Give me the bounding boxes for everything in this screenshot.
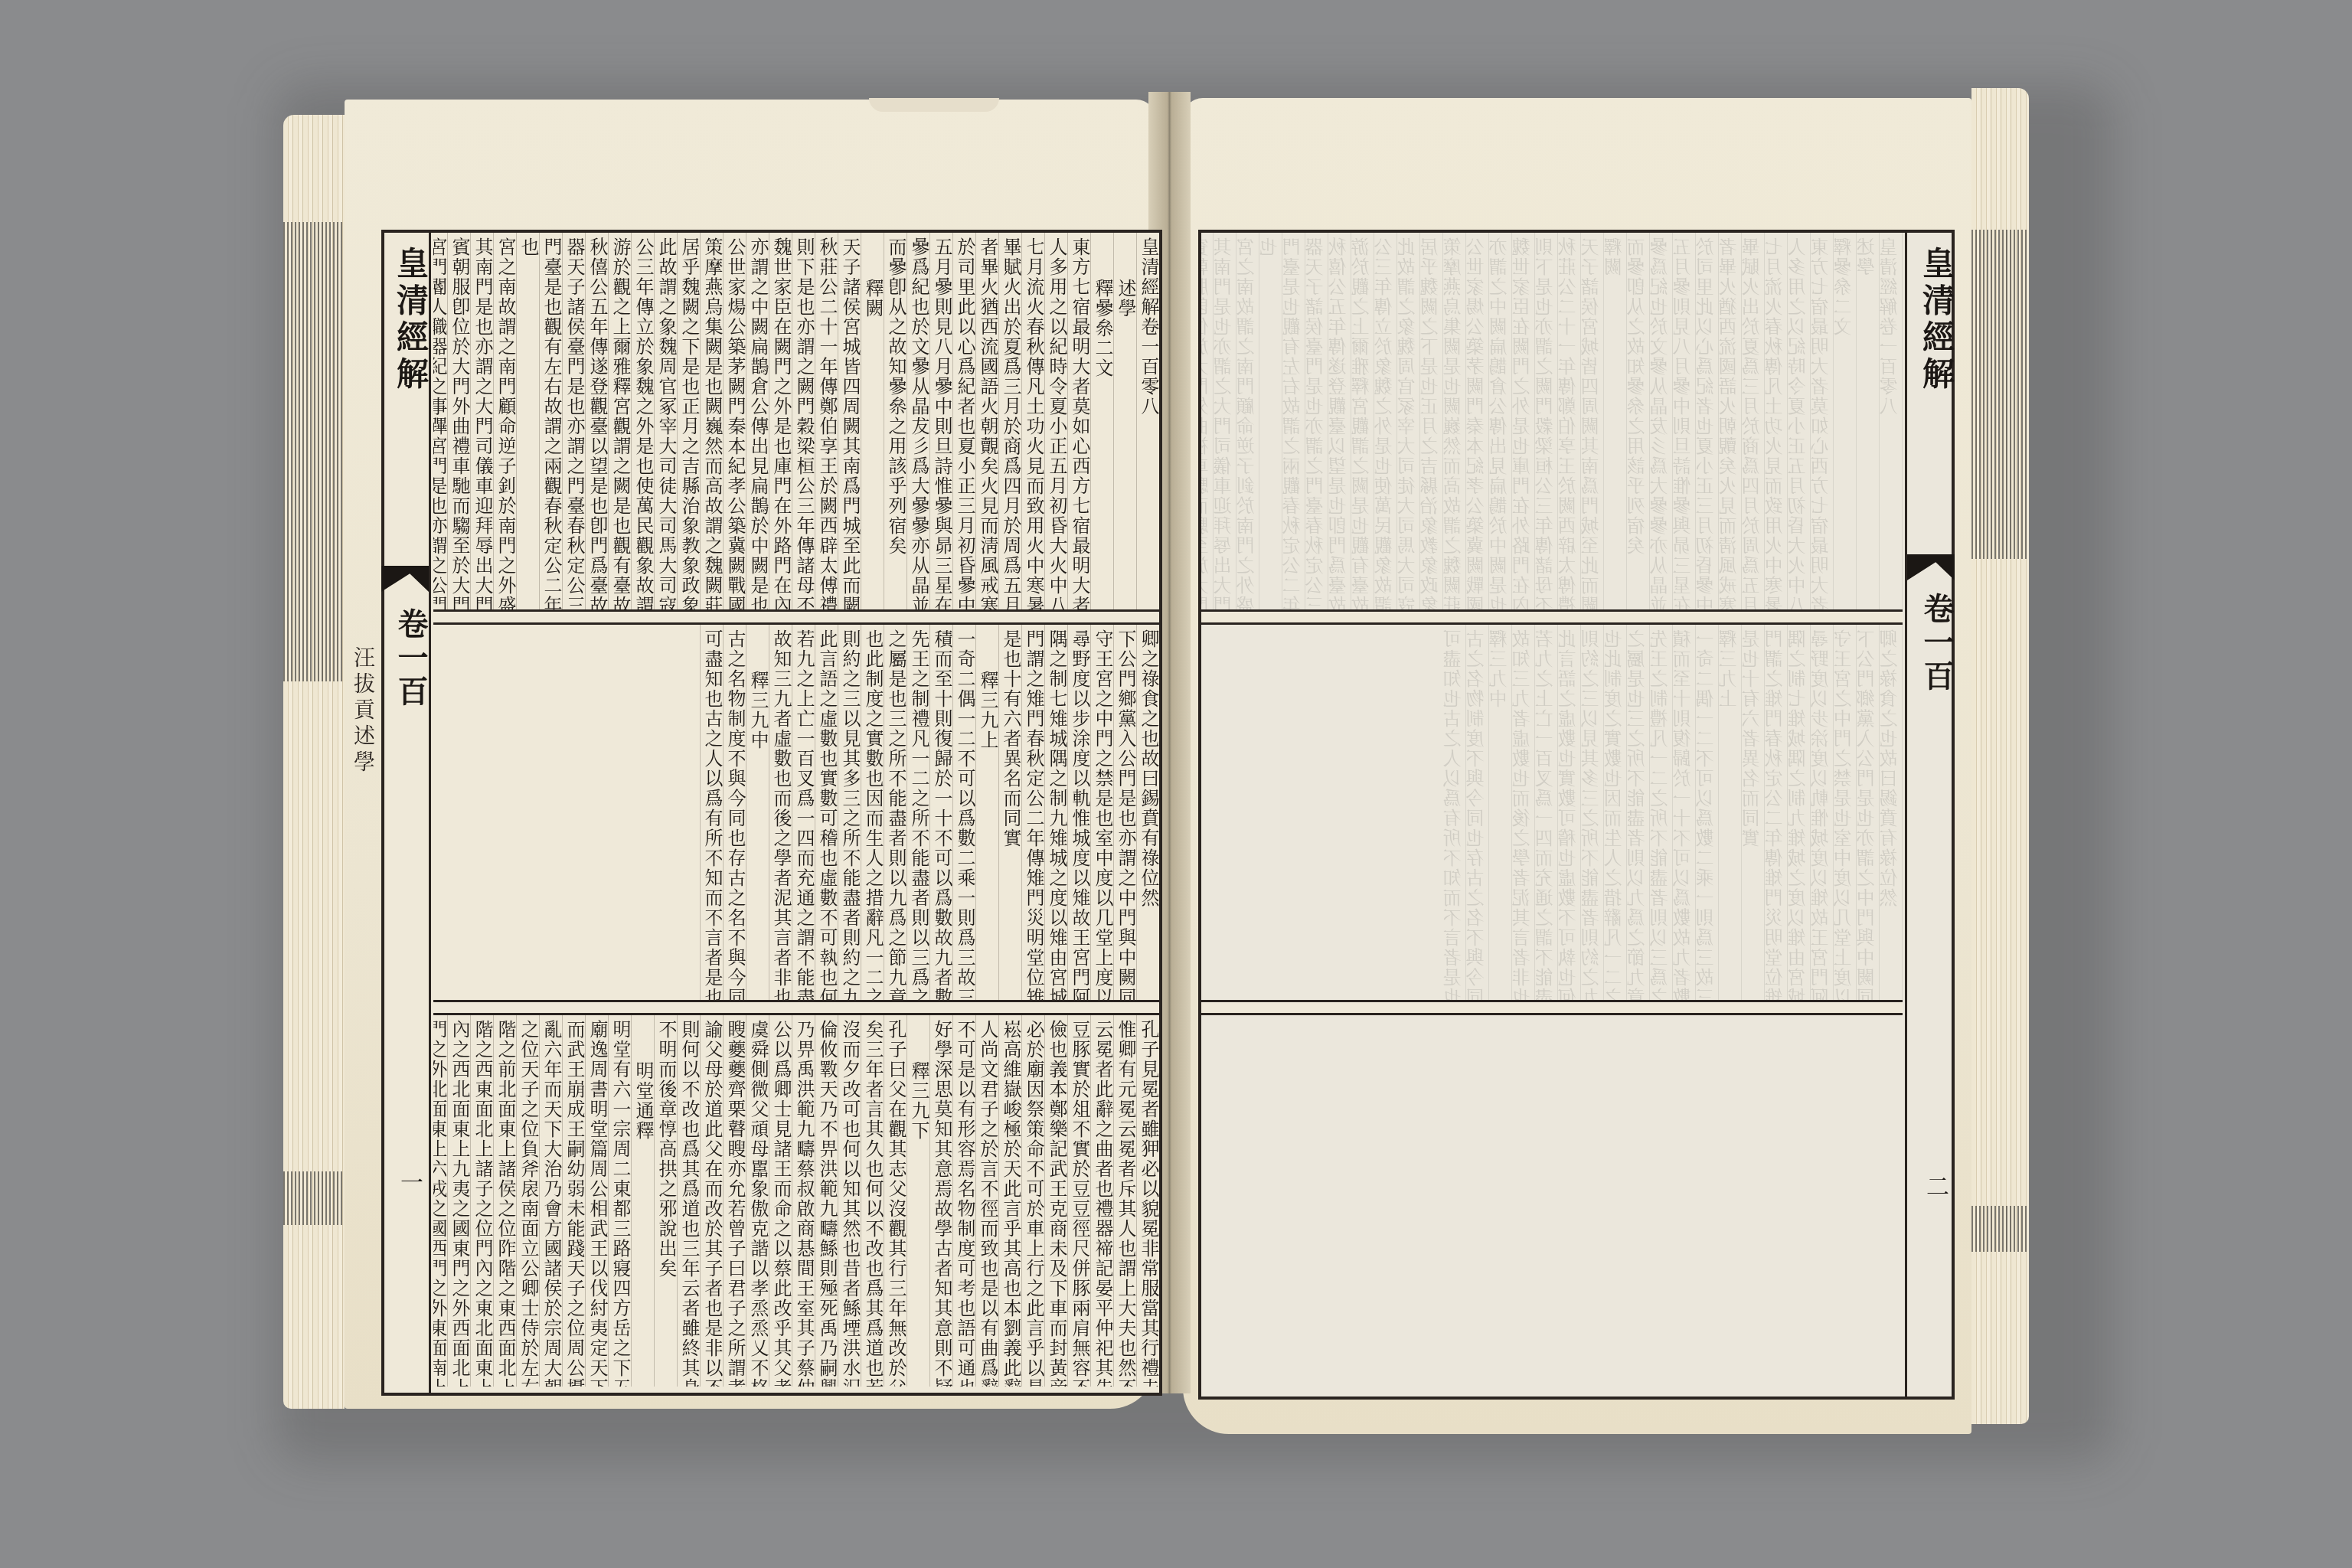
text-column: 一奇二偶一二不可以爲數二乘一則爲三故三者數之成也 [952,625,975,1000]
text-column: 門謂之雉門春秋定公二年傳雉門災明堂位雉門天子應門 [1021,625,1044,1000]
bleed-through-column: 門謂之雉門春秋定公二年傳雉門災明堂位雉門天子應門 [1765,625,1788,1000]
bleed-through-column: 畢賦火出於夏爲三月於商爲四月於周爲五月火伏而後蟄 [1742,233,1765,609]
bleed-through-column: 尋野度以步涂度以軌惟城度以雉故王宮門阿之制五雉宮 [1811,625,1834,1000]
bleed-through-column: 先王之制禮凡一二之所不能盡者則以三爲之節三加三推 [1650,625,1673,1000]
text-column: 故知三九者虛數也而後之學者泥其言者非也 [769,625,792,1000]
text-column: 秋莊公二十一年傳鄭伯享王於闕西辟太傅禮保傅篇過闕 [815,233,838,609]
middle-register: 卿之祿食之也故曰錫賁有祿位然下公門鄉黨入公門是也亦謂之中門與中闕同義閽人職掌守王… [433,625,1159,1000]
edge-folio-ink [283,1171,345,1225]
bleed-through-column: 賓朝服卽位於大門外曲禮車馳而騶至於大門是也亦謂之 [1201,233,1214,609]
bleed-through-column: 而曑卽从之故知曑㕘之用該乎列宿矣 [1627,233,1650,609]
bleed-through-column: 游於觀之上爾雅釋宮觀謂之闕是也觀有臺故謂之觀臺春 [1351,233,1374,609]
text-column: 可盡知也古之人以爲有所不知而不言者是也 [700,625,723,1000]
bleed-through-column: 皇清經解卷一百零八 [1880,233,1903,609]
text-column: 儉也義本鄭樂記武王克商未及下車而封黃帝堯舜之後大 [1044,1015,1067,1387]
middle-register-blank: 卿之祿食之也故曰錫賁有祿位然下公門鄉黨入公門是也亦謂之中門與中闕同義閽人職掌守王… [1201,625,1903,1000]
bleed-through-column: 此言語之虛數也實數可稽也虛數不可執也何以知其然也 [1558,625,1581,1000]
text-column: 公世家煬公築茅闕門秦本紀孝公築冀闕戰國 [723,233,746,609]
text-column: 必於廟因祭策命不可於車上行之此言乎以是爲先務也詩 [1021,1015,1044,1387]
bleed-through-column: 七月流火春秋傳凡土功火見而致用火中寒暑乃退火出而 [1765,233,1788,609]
text-column: 倫攸斁天乃不畀洪範九疇鯀則殛死禹乃嗣興彝倫攸敘天 [815,1015,838,1387]
text-column: 不可是以有形容焉名物制度可考也語可通也至於二一者非 [952,1015,975,1387]
text-column: 東方七宿最明大者莫如心西方七宿最明大者莫如曑故古 [1067,233,1090,609]
text-column: 畢賦火出於夏爲三月於商爲四月於周爲五月火伏而後蟄 [998,233,1021,609]
bleed-through-column: 器天子諸侯臺門是也亦謂之門臺春秋定公三年傳邾子在 [1305,233,1328,609]
text-column: 門之外北面東上六戎之國西門之外東面南上五狄之國北 [433,1015,447,1387]
bleed-through-columns: 卿之祿食之也故曰錫賁有祿位然下公門鄉黨入公門是也亦謂之中門與中闕同義閽人職掌守王… [1201,625,1903,1000]
text-column: 是也十有六者異名而同實 [998,625,1021,1000]
text-column: 矣三年者言其久也何以不改也爲其爲道也若其非道雖朝 [861,1015,884,1387]
left-page-edges [283,115,345,1409]
text-column: 亦謂之中闕扁鵲倉公傳出見扁鵲於中闕是也其異名曾周 [746,233,769,609]
bleed-through-column: 守王宮之中門之禁是也室中度以几堂上度以筵宮中度以 [1834,625,1857,1000]
middle-register-columns: 卿之祿食之也故曰錫賁有祿位然下公門鄉黨入公門是也亦謂之中門與中闕同義閽人職掌守王… [433,625,1159,1000]
text-column: 賓朝服卽位於大門外曲禮車馳而騶至於大門是也亦謂之 [447,233,470,609]
register-divider [433,609,1159,625]
text-column: 隅之制七雉城隅之制九雉城之度以雉由宮城始故宮城之 [1044,625,1067,1000]
text-column: 五月曑則見八月曑中則旦詩惟曑與昴三星在天毛傳此以 [929,233,952,609]
text-column: 惟卿有元冕云冕者斥其人也謂上大夫也然不云上大夫而 [1113,1015,1136,1387]
bleed-through-column: 策摩燕烏集闕是也闕巍然而高故謂之魏闕莊子天下篇心 [1443,233,1466,609]
bleed-through-column: 之屬是也三之所不能盡者則以九爲之節九章九命之屬是 [1627,625,1650,1000]
bleed-through-column: 隅之制七雉城隅之制九雉城之度以雉由宮城始故宮城之 [1788,625,1811,1000]
text-column: 好學深思莫知其意焉故學古者知其意則不疑其語言矣 [929,1015,952,1387]
text-column: 之屬是也三之所不能盡者則以九爲之節九章九命之屬是 [884,625,906,1000]
left-banxin: 皇清經解 卷一百 一 [381,233,431,1393]
text-column: 人尚文君子之於言不徑而致也是以有曲爲辭不過其意則 [975,1015,998,1387]
register-divider [1201,1000,1903,1015]
text-column: 階之西東面北上諸子之位門內之東北面東上諸男之國門 [470,1015,493,1387]
upper-register: 皇清經解卷一百零八述學釋曑㕘二文東方七宿最明大者莫如心西方七宿最明大者莫如曑故古… [433,233,1159,609]
text-column: 云冕者此辭之曲者也禮器禘記晏平仲祀其先人豚肩不揜 [1090,1015,1113,1387]
text-column: 於司里此以心爲紀者也夏小正三月初昏曑中三月曑則伏 [952,233,975,609]
text-column: 則何以不改也爲其爲道也三年云者雖終其身可也自斯義 [677,1015,700,1387]
bleed-through-column: 若九之上亡一百叉爲一四而充通之謂不能盡九叉九也 [1535,625,1558,1000]
text-column: 也 [516,233,539,609]
bleed-through-column: 曑爲紀也於文曑从晶犮彡爲大曑曑亦从晶並象三星之形 [1650,233,1673,609]
text-column: 而曑卽从之故知曑㕘之用該乎列宿矣 [884,233,906,609]
banxin-book-title: 皇清經解 [1913,247,1959,394]
text-column: 則下是也亦謂之闕門穀梁桓公三年傳諸母不出闕門史記 [792,233,815,609]
bleed-through-column: 釋闕 [1604,233,1627,609]
bleed-through-column: 居乎魏闕之下是也正月之吉縣治象教象政象刑象之灋於 [1420,233,1443,609]
text-column: 人多用之以紀時令夏小正五月初昏大火中八月辰則伏詩 [1044,233,1067,609]
text-column: 則約之三以見其多三之所不能盡者則約之九以見其極多 [838,625,861,1000]
text-column: 廟逸周書明堂篇周公相武王以伐紂夷定天下旣克紂六年 [585,1015,608,1387]
right-page-edges [1971,88,2029,1424]
text-column: 若九之上亡一百叉爲一四而充通之謂不能盡九叉九也 [792,625,815,1000]
bleed-through-column: 東方七宿最明大者莫如心西方七宿最明大者莫如曑故古 [1811,233,1834,609]
text-column: 皇清經解卷一百零八 [1136,233,1159,609]
page-tab [869,98,999,112]
bleed-through-column: 是也十有六者異名而同實 [1742,625,1765,1000]
text-column: 宮門閽人職器紀之事蹕宮門是也亦謂之公門曲禮大夫士 [433,233,447,609]
bleed-through-column: 古之名物制度不與今同也存古之名不與今同也故古之事不 [1466,625,1489,1000]
bleed-through-column: 則約之三以見其多三之所不能盡者則約之九以見其極多 [1581,625,1604,1000]
text-column: 魏世家臣在闕門之外是也庫門在外路門在內居二門之中 [769,233,792,609]
text-column: 此言語之虛數也實數可稽也虛數不可執也何以知其然也 [815,625,838,1000]
upper-register-blank: 皇清經解卷一百零八述學釋曑㕘二文東方七宿最明大者莫如心西方七宿最明大者莫如曑故古… [1201,233,1903,609]
banxin-folio: 一 [392,1171,426,1194]
bleed-through-column: 秋莊公二十一年傳鄭伯享王於闕西辟太傅禮保傅篇過闕 [1558,233,1581,609]
banxin-book-title: 皇清經解 [387,247,433,394]
right-banxin: 皇清經解 卷一百 二 [1905,233,1955,1396]
text-column: 釋三九上 [975,625,998,1000]
text-column: 豆豚實於俎不實於豆豆徑尺併豚兩肩無容不揜此言乎其 [1067,1015,1090,1387]
bleed-through-column: 故知三九者虛數也而後之學者泥其言者非也 [1512,625,1535,1000]
bleed-through-column: 公世家煬公築茅闕門秦本紀孝公築冀闕戰國 [1466,233,1489,609]
text-column: 乃畀禹洪範九疇蔡叔啟商惎間王室其子蔡仲改行帥德周 [792,1015,815,1387]
register-divider [433,1000,1159,1015]
text-column: 器天子諸侯臺門是也亦謂之門臺春秋定公三年傳邾子在 [562,233,585,609]
text-column: 不明而後章惇高拱之邪說出矣 [654,1015,677,1387]
bleed-through-column: 此故謂之象魏周官冢宰大司徒大司馬大司寇職文春秋哀 [1397,233,1420,609]
text-column: 釋曑㕘二文 [1090,233,1113,609]
banxin-folio: 二 [1918,1174,1952,1197]
bleed-through-column: 其南門是也亦謂之大門司儀車迎拜辱出大門公食大夫禮 [1214,233,1236,609]
text-column: 先王之制禮凡一二之所不能盡者則以三爲之節三加三推 [906,625,929,1000]
text-column: 孔子曰父在觀其志父沒觀其行三年無改於父之道可謂孝 [884,1015,906,1387]
bleed-through-column: 五月曑則見八月曑中則旦詩惟曑與昴三星在天毛傳此以 [1673,233,1696,609]
bleed-through-column: 可盡知也古之人以爲有所不知而不言者是也 [1443,625,1466,1000]
text-column: 下公門鄉黨入公門是也亦謂之中門與中闕同義閽人職掌 [1113,625,1136,1000]
lower-register: 孔子見冕者雖狎必以貌冕非常服當其行禮夫人而以貌也惟卿有元冕云冕者斥其人也謂上大夫… [433,1015,1159,1387]
text-column: 內之西北面東上九夷之國東門之外西面北上八蠻之國南 [447,1015,470,1387]
bleed-through-column: 下公門鄉黨入公門是也亦謂之中門與中闕同義閽人職掌 [1857,625,1880,1000]
text-column: 述學 [1113,233,1136,609]
bleed-through-column: 卿之祿食之也故曰錫賁有祿位然 [1880,625,1903,1000]
bleed-through-column: 者畢火猶西流國語火朝覿矣火見而淸風戒寒火之初見期 [1719,233,1742,609]
text-column: 瞍夔夔齊栗瞽瞍亦允若曾子曰君子之所謂孝者先意承志 [723,1015,746,1387]
bleed-through-column: 亦謂之中闕扁鵲倉公傳出見扁鵲於中闕是也其異名曾周 [1489,233,1512,609]
register-divider [1201,609,1903,625]
bleed-through-column: 則下是也亦謂之闕門穀梁桓公三年傳諸母不出闕門史記 [1535,233,1558,609]
bleed-through-columns: 皇清經解卷一百零八述學釋曑㕘二文東方七宿最明大者莫如心西方七宿最明大者莫如曑故古… [1201,233,1903,609]
text-column: 七月流火春秋傳凡土功火見而致用火中寒暑乃退火出而 [1021,233,1044,609]
text-column: 居乎魏闕之下是也正月之吉縣治象教象政象刑象之灋於 [677,233,700,609]
text-column: 游於觀之上爾雅釋宮觀謂之闕是也觀有臺故謂之觀臺春 [608,233,631,609]
text-column: 階之前北面東上諸侯之位阼階之東西面北上諸伯之位西 [493,1015,516,1387]
bleed-through-column: 述學 [1857,233,1880,609]
bleed-through-column: 人多用之以紀時令夏小正五月初昏大火中八月辰則伏詩 [1788,233,1811,609]
bleed-through-column: 也 [1259,233,1282,609]
bleed-through-column: 天子諸侯宮城皆四周闕其南爲門城至此而闕故謂之闕春 [1581,233,1604,609]
text-column: 卿之祿食之也故曰錫賁有祿位然 [1136,625,1159,1000]
edge-title-ink [283,222,345,681]
text-column: 策摩燕烏集闕是也闕巍然而高故謂之魏闕莊子天下篇心 [700,233,723,609]
text-column: 釋闕 [861,233,884,609]
bleed-through-column: 公三年傳立於象魏之外是也使萬民觀象故謂之觀禮運出 [1374,233,1397,609]
bleed-through-column: 魏世家臣在闕門之外是也庫門在外路門在內居二門之中 [1512,233,1535,609]
bleed-through-column: 釋三九中 [1489,625,1512,1000]
text-column: 也此制度之實數也因而生人之措辭凡一二之所不能盡者 [861,625,884,1000]
text-column: 沒而夕改可也何以知其然也昔者鯀堙洪水汨陳其五行彝 [838,1015,861,1387]
fishtail-mark [381,566,429,592]
text-column: 而武王崩成王嗣幼弱未能踐天子之位周公攝政君天下弭 [562,1015,585,1387]
text-column: 諭父母於道此父在而改於其子者也是非以不改爲孝也然 [700,1015,723,1387]
text-column: 守王宮之中門之禁是也室中度以几堂上度以筵宮中度以 [1090,625,1113,1000]
text-column: 門臺是也觀有左右故謂之兩觀春秋定公二年傳兩觀災是 [539,233,562,609]
text-column: 崧高維嶽峻極於天此言乎其高也本劉義此辭之形容者也周 [998,1015,1021,1387]
banxin-juan: 卷一百 [389,608,433,709]
text-column: 之位天子之位負斧扆南面立公卿士侍於左右三公之位中 [516,1015,539,1387]
upper-register-columns: 皇清經解卷一百零八述學釋曑㕘二文東方七宿最明大者莫如心西方七宿最明大者莫如曑故古… [433,233,1159,609]
text-column: 明堂有六一宗周二東都三路寢四方岳之下五太學六魯大 [608,1015,631,1387]
text-column: 孔子見冕者雖狎必以貌冕非常服當其行禮夫人而以貌也 [1136,1015,1159,1387]
banxin-author-work: 汪拔貢述學 [348,646,378,776]
bleed-through-column: 釋三九上 [1719,625,1742,1000]
left-printed-frame: 皇清經解 卷一百 一 汪拔貢述學 皇清經解卷一百零八述學釋曑㕘二文東方七宿最明大… [381,230,1162,1396]
fishtail-mark [1907,554,1955,580]
bleed-through-column: 積而至十則復歸於一十不可以爲數故九者數之終也於是 [1673,625,1696,1000]
text-column: 積而至十則復歸於一十不可以爲數故九者數之終也於是 [929,625,952,1000]
text-column: 亂六年而天下大治乃會方國諸侯於宗周大朝諸侯於明堂 [539,1015,562,1387]
edge-folio-ink [1971,1206,2029,1252]
bleed-through-column: 於司里此以心爲紀者也夏小正三月初昏曑中三月曑則伏 [1696,233,1719,609]
text-column: 釋三九中 [746,625,769,1000]
text-column: 秋僖公五年傳遂登觀臺以望是也卽門爲臺故謂之臺門禮 [585,233,608,609]
bleed-through-column: 宮之南故謂之南門顧命逆子釗於南門之外盛德記揖朝出 [1236,233,1259,609]
text-column: 天子諸侯宮城皆四周闕其南爲門城至此而闕故謂之闕春 [838,233,861,609]
banxin-juan: 卷一百 [1915,593,1958,694]
text-column: 此故謂之象魏周官冢宰大司徒大司馬大司寇職文春秋哀 [654,233,677,609]
text-column: 其南門是也亦謂之大門司儀車迎拜辱出大門公食大夫禮 [470,233,493,609]
lower-register-blank [1201,1015,1903,1390]
bleed-through-column: 一奇二偶一二不可以爲數二乘一則爲三故三者數之成也 [1696,625,1719,1000]
bleed-through-column: 釋曑㕘二文 [1834,233,1857,609]
text-column: 尋野度以步涂度以軌惟城度以雉故王宮門阿之制五雉宮 [1067,625,1090,1000]
bleed-through-column: 門臺是也觀有左右故謂之兩觀春秋定公二年傳兩觀災是 [1282,233,1305,609]
text-column: 公三年傳立於象魏之外是也使萬民觀象故謂之觀禮運出 [631,233,654,609]
text-column: 公以爲卿士見諸王而命之以蔡此改乎其父者也不寧惟是 [769,1015,792,1387]
right-printed-frame: 皇清經解卷一百零八述學釋曑㕘二文東方七宿最明大者莫如心西方七宿最明大者莫如曑故古… [1198,230,1955,1400]
lower-register-columns: 孔子見冕者雖狎必以貌冕非常服當其行禮夫人而以貌也惟卿有元冕云冕者斥其人也謂上大夫… [433,1015,1159,1387]
text-column: 明堂通釋 [631,1015,654,1387]
text-column: 虞舜側微父頑母嚚象傲克諧以孝烝烝乂不格姦祗載見瞽 [746,1015,769,1387]
bleed-through-column: 也此制度之實數也因而生人之措辭凡一二之所不能盡者 [1604,625,1627,1000]
text-column: 曑爲紀也於文曑从晶犮彡爲大曑曑亦从晶並象三星之形 [906,233,929,609]
text-column: 宮之南故謂之南門顧命逆子釗於南門之外盛德記揖朝出 [493,233,516,609]
bleed-through-column: 秋僖公五年傳遂登觀臺以望是也卽門爲臺故謂之臺門禮 [1328,233,1351,609]
text-column: 釋三九下 [906,1015,929,1387]
text-column: 者畢火猶西流國語火朝覿矣火見而淸風戒寒火之初見期 [975,233,998,609]
edge-title-ink [1971,230,2029,559]
text-column: 古之名物制度不與今同也存古之名不與今同也故古之事不 [723,625,746,1000]
